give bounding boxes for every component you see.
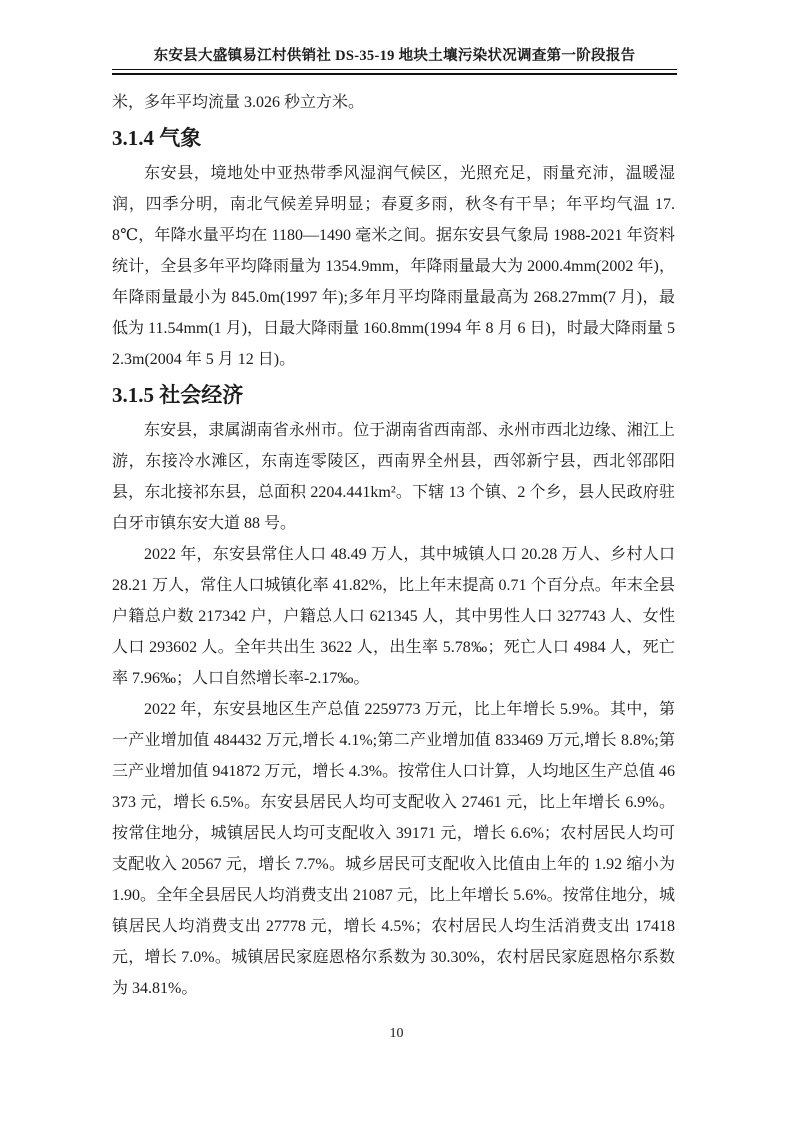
page-header: 东安县大盛镇易江村供销社 DS-35-19 地块土壤污染状况调查第一阶段报告 bbox=[112, 47, 677, 75]
header-rule-line bbox=[112, 69, 677, 75]
document-body: 米，多年平均流量 3.026 秒立方米。 3.1.4 气象 东安县，境地处中亚热… bbox=[112, 87, 675, 1004]
socioeconomy-paragraph-location: 东安县，隶属湖南省永州市。位于湖南省西南部、永州市西北边缘、湘江上游，东接冷水滩… bbox=[112, 415, 675, 539]
socioeconomy-paragraph-economy: 2022 年，东安县地区生产总值 2259773 万元，比上年增长 5.9%。其… bbox=[112, 694, 675, 1004]
section-heading-meteorology: 3.1.4 气象 bbox=[112, 118, 675, 158]
document-page: 东安县大盛镇易江村供销社 DS-35-19 地块土壤污染状况调查第一阶段报告 米… bbox=[0, 0, 793, 1122]
page-number: 10 bbox=[0, 1024, 793, 1044]
continued-paragraph: 米，多年平均流量 3.026 秒立方米。 bbox=[112, 87, 675, 118]
section-heading-socioeconomy: 3.1.5 社会经济 bbox=[112, 375, 675, 415]
header-title: 东安县大盛镇易江村供销社 DS-35-19 地块土壤污染状况调查第一阶段报告 bbox=[112, 47, 677, 65]
page-footer: 10 bbox=[0, 1024, 793, 1044]
socioeconomy-paragraph-population: 2022 年，东安县常住人口 48.49 万人，其中城镇人口 20.28 万人、… bbox=[112, 539, 675, 694]
meteorology-paragraph: 东安县，境地处中亚热带季风湿润气候区，光照充足，雨量充沛，温暖湿润，四季分明，南… bbox=[112, 158, 675, 375]
